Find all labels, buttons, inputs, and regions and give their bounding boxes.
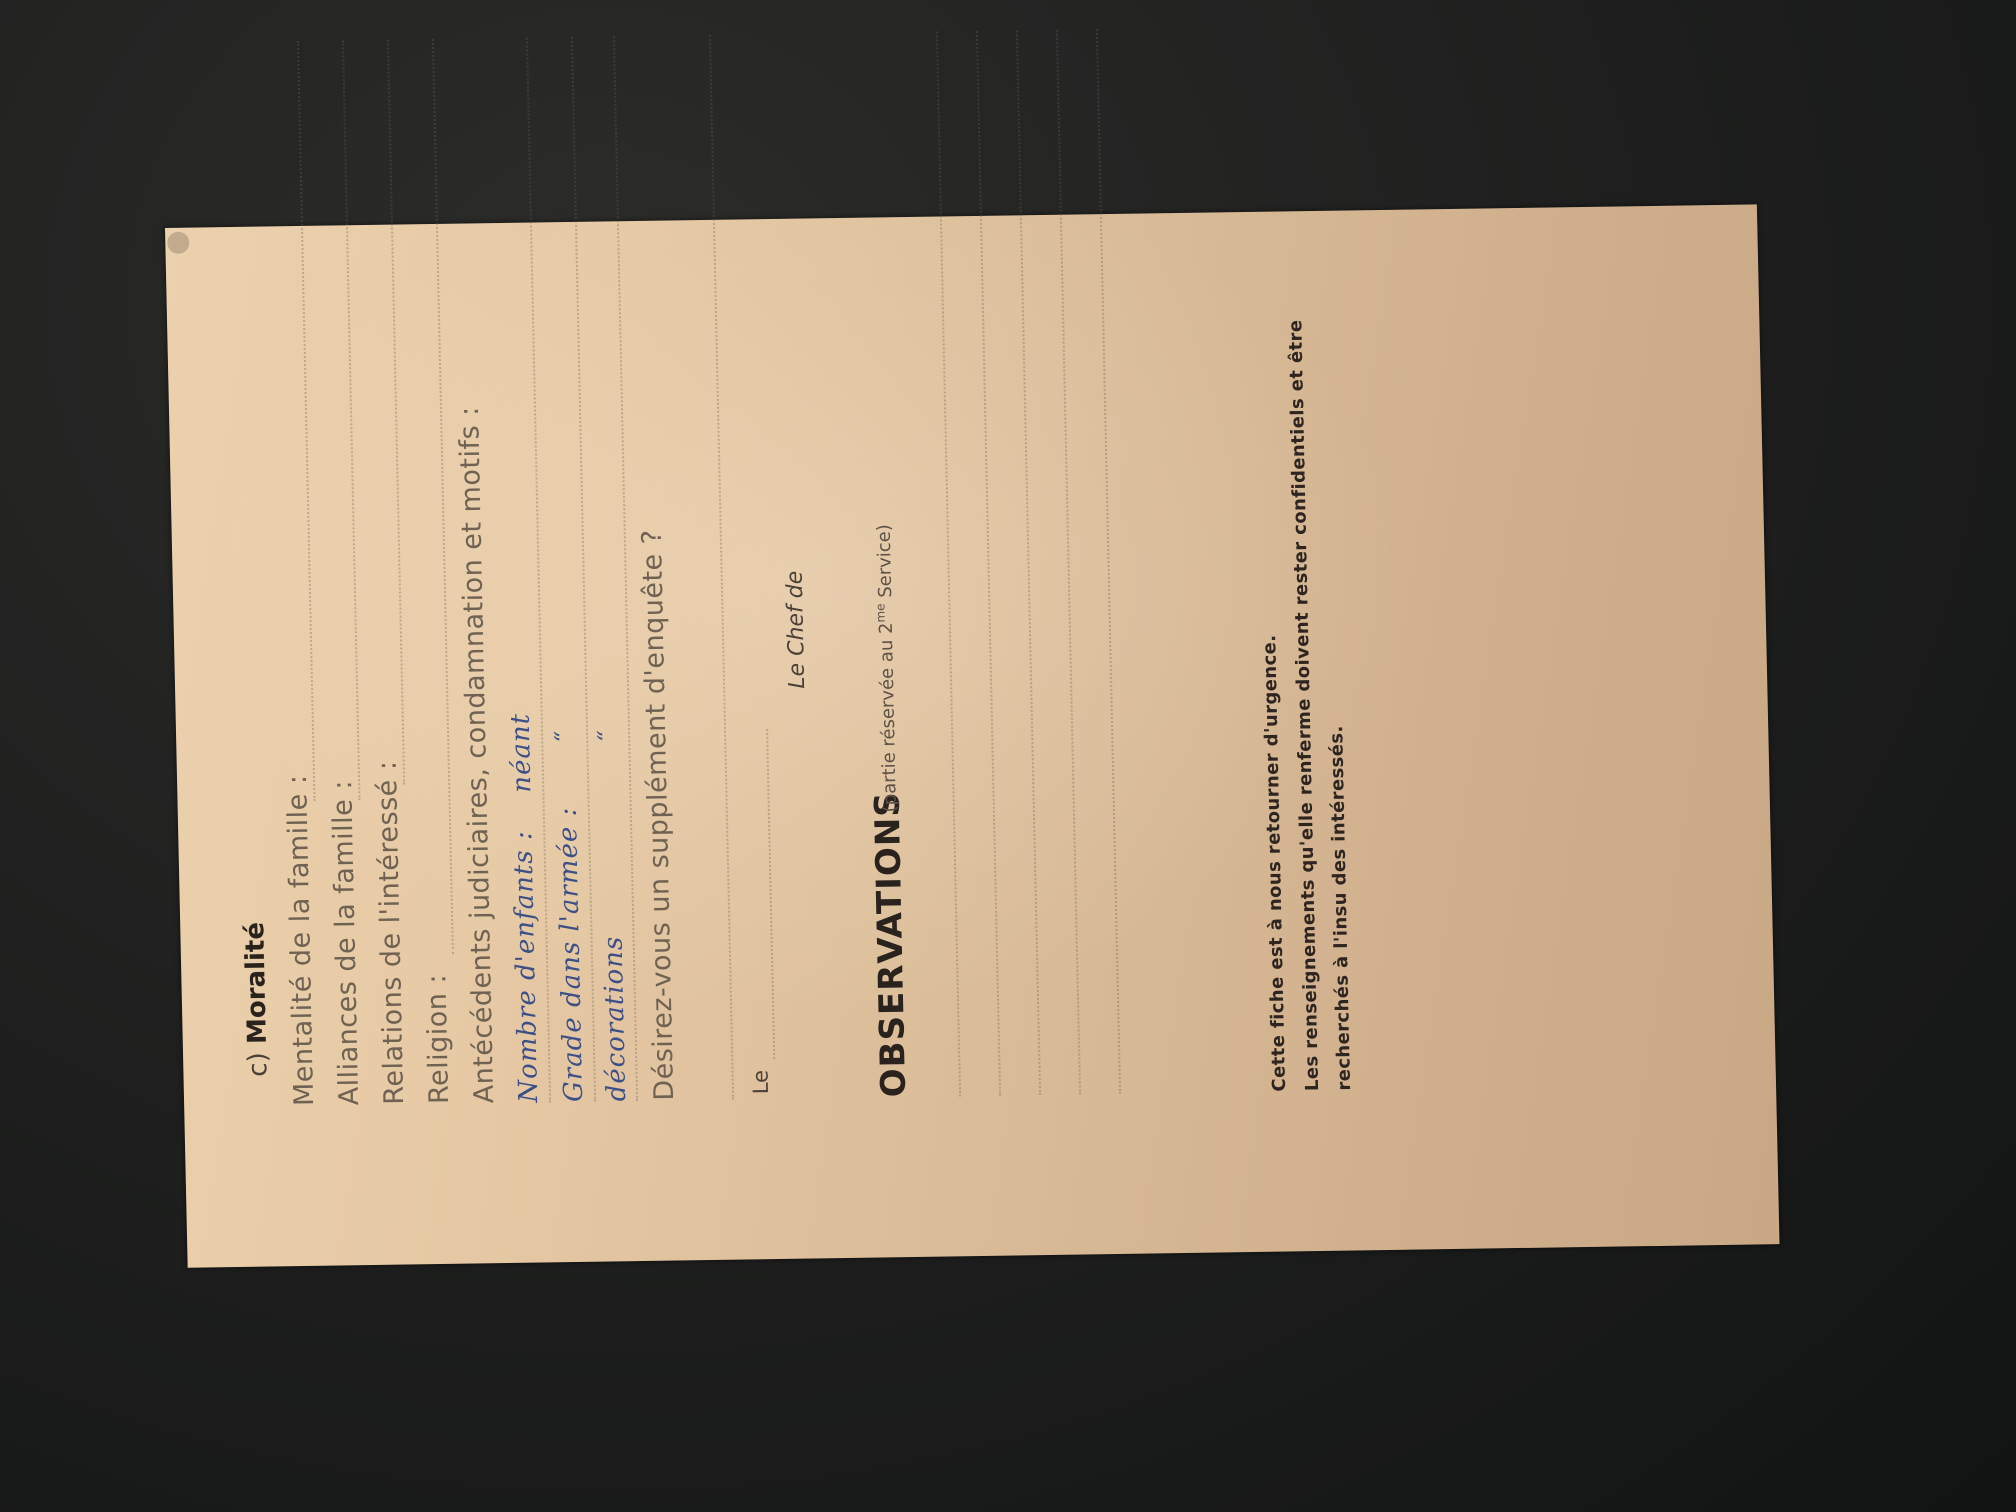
section-title: Moralité bbox=[240, 922, 273, 1044]
field-alliances: Alliances de la famille : bbox=[327, 780, 365, 1106]
question-supplement: Désirez-vous un supplément d'enquête ? bbox=[637, 529, 680, 1101]
field-mentalite: Mentalité de la famille : bbox=[282, 774, 320, 1106]
note-urgent: Cette fiche est à nous retourner d'urgen… bbox=[1259, 634, 1290, 1091]
date-line bbox=[766, 729, 775, 1059]
note-confidential-cont: recherchés à l'insu des intéressés. bbox=[1326, 725, 1355, 1091]
field-line bbox=[432, 39, 454, 954]
observations-title: OBSERVATIONS bbox=[867, 791, 914, 1098]
form-content: c) Moralité Mentalité de la famille : Al… bbox=[165, 204, 1780, 1267]
field-relations: Relations de l'intéressé : bbox=[372, 760, 411, 1105]
form-card: c) Moralité Mentalité de la famille : Al… bbox=[165, 204, 1780, 1267]
handwritten-grade-label: Grade dans l'armée : bbox=[553, 807, 589, 1103]
observation-line bbox=[1056, 30, 1081, 1095]
observation-line bbox=[976, 31, 1001, 1096]
signature-label: Le Chef de bbox=[783, 571, 811, 689]
handwritten-grade-value: “ bbox=[551, 730, 576, 743]
field-line bbox=[387, 40, 405, 785]
field-line bbox=[297, 41, 316, 801]
section-heading: c) Moralité bbox=[240, 922, 273, 1077]
handwritten-decorations-value: “ bbox=[594, 729, 619, 742]
field-religion: Religion : bbox=[421, 974, 455, 1105]
observation-line bbox=[936, 32, 961, 1097]
field-line bbox=[709, 35, 734, 1100]
note-confidential: Les renseignements qu'elle renferme doiv… bbox=[1285, 319, 1323, 1091]
field-line bbox=[342, 40, 361, 800]
handwritten-decorations-label: décorations bbox=[599, 936, 633, 1102]
handwritten-enfants-label: Nombre d'enfants : bbox=[508, 830, 544, 1103]
observations-subtitle: (partie réservée au 2me Service) bbox=[872, 524, 901, 812]
handwritten-enfants-value: néant bbox=[506, 713, 538, 793]
field-antecedents: Antécédents judiciaires, condamnation et… bbox=[454, 406, 500, 1104]
observation-line bbox=[1016, 30, 1041, 1095]
observation-line bbox=[1096, 29, 1121, 1094]
date-label: Le bbox=[748, 1070, 773, 1095]
